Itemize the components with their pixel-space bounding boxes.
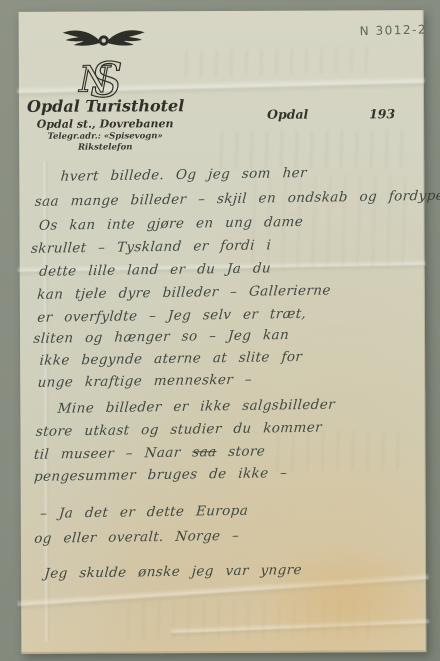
handwritten-line: kan tjele dyre billeder – Gallerierne <box>37 282 332 302</box>
handwritten-line: Os kan inte gjøre en ung dame <box>38 214 303 234</box>
handwritten-line: saa mange billeder – skjil en ondskab og… <box>34 188 440 210</box>
handwritten-line: store utkast og studier du kommer <box>35 420 322 440</box>
handwritten-line: sliten og hænger so – Jeg kan <box>33 327 290 347</box>
handwritten-line: unge kraftige mennesker – <box>37 372 253 391</box>
station-line: Opdal st., Dovrebanen <box>27 117 183 131</box>
phone-line: Rikstelefon <box>27 142 183 153</box>
line-text: store <box>216 443 266 460</box>
handwritten-line: – Ja det er dette Europa <box>40 503 249 522</box>
handwritten-line: er overfyldte – Jeg selv er træt, <box>37 306 307 326</box>
letter-paper: N 3012-2 N S Opdal Turisthotel Opdal st.… <box>19 10 427 654</box>
handwritten-line: dette lille land er du Ja du <box>39 260 272 279</box>
telegram-address-line: Telegr.adr.: «Spisevogn» <box>27 131 183 142</box>
paper-stain <box>261 545 436 651</box>
line-text: til museer – Naar <box>33 444 193 462</box>
ink-show-through <box>270 430 410 471</box>
handwritten-line: og eller overalt. Norge – <box>34 528 240 547</box>
archive-number-label: N 3012-2 <box>360 22 428 38</box>
ink-show-through <box>121 600 381 639</box>
date-year-prefix: 193 <box>369 106 395 121</box>
handwritten-line: ikke begynde aterne at slite for <box>39 349 303 369</box>
handwritten-line: skrullet – Tyskland er fordi i <box>30 237 271 257</box>
hotel-name: Opdal Turisthotel <box>27 96 183 116</box>
handwritten-line: hvert billede. Og jeg som her <box>60 165 307 185</box>
date-place: Opdal <box>267 107 308 122</box>
archive-photo: { "photo": { "background_color": "#868c7… <box>0 0 440 661</box>
handwritten-line: Mine billeder er ikke salgsbilleder <box>57 397 335 417</box>
handwritten-line: Jeg skulde ønske jeg var yngre <box>44 562 303 582</box>
handwritten-line: pengesummer bruges de ikke – <box>33 465 288 485</box>
handwritten-line: til museer – Naar saa store <box>33 443 265 462</box>
paper-crease <box>171 618 429 638</box>
ink-show-through <box>214 130 414 169</box>
struck-word: saa <box>192 444 217 460</box>
ink-show-through <box>179 47 380 77</box>
